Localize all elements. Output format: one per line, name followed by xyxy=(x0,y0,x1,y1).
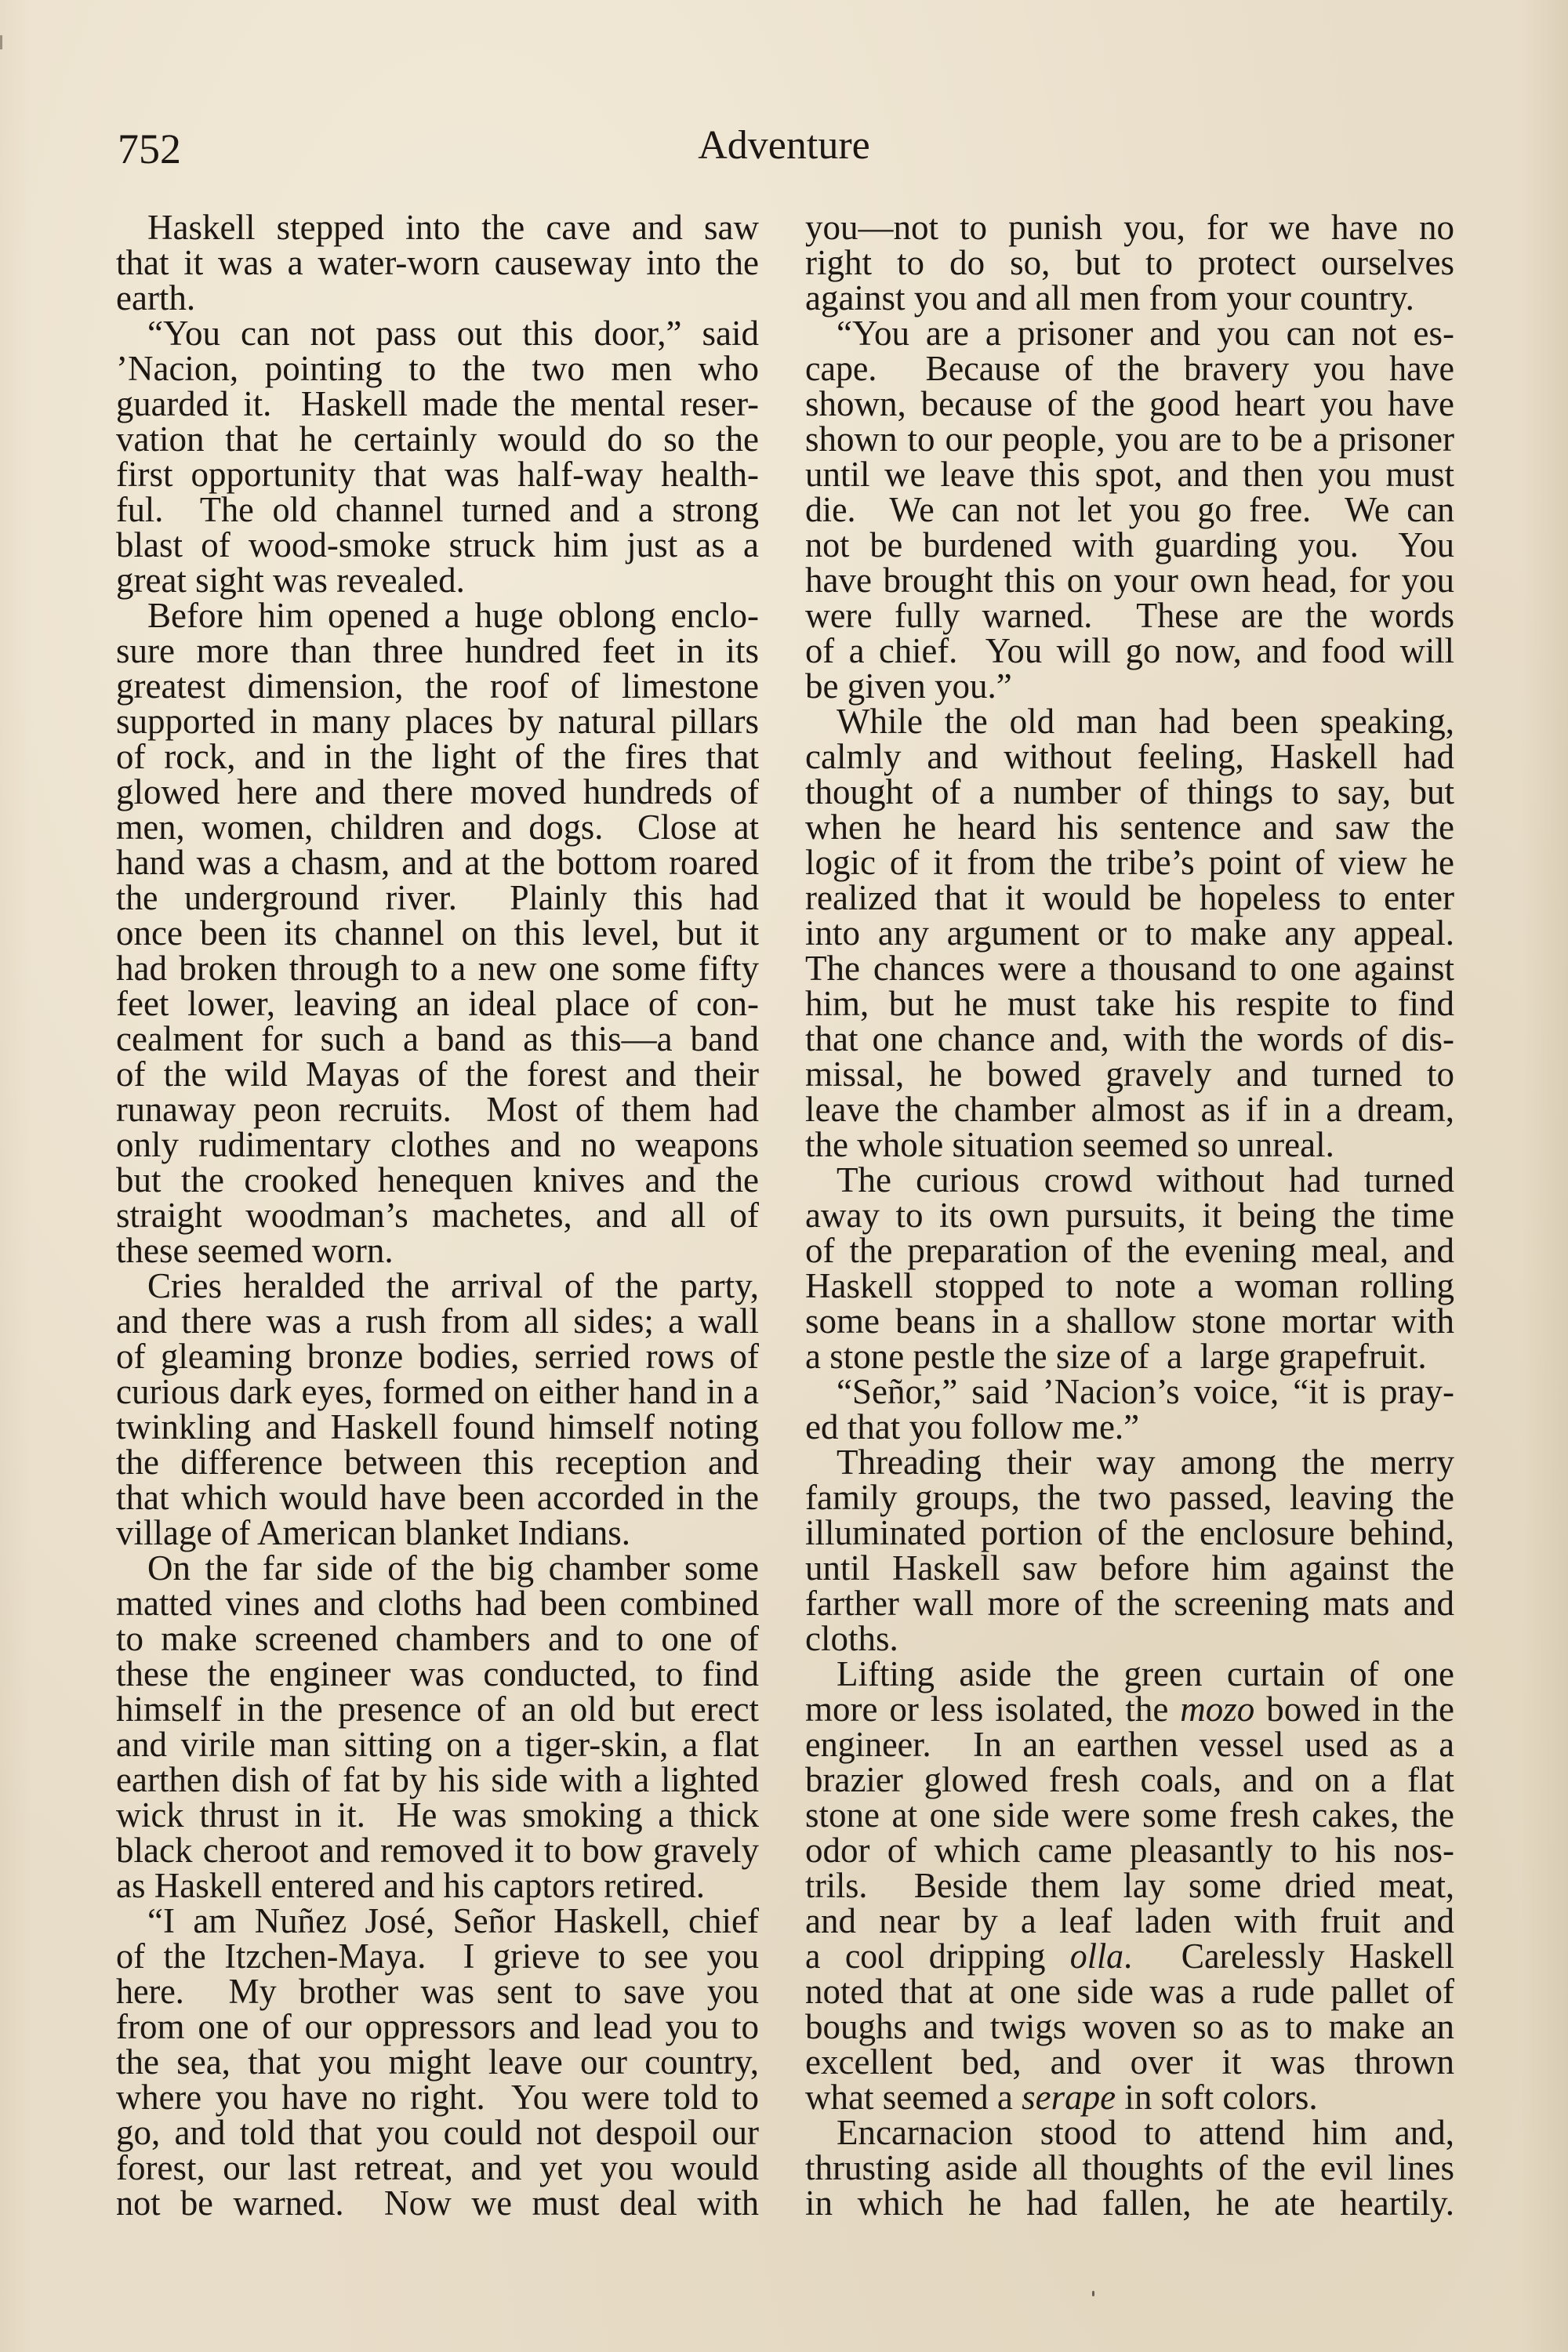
text-run: die. We can not let you go free. We can xyxy=(805,490,1454,529)
text-line: against you and all men from your countr… xyxy=(805,281,1454,316)
text-line-content: and virile man sitting on a tiger-skin, … xyxy=(116,1727,759,1762)
text-line-content: feet lower, leaving an ideal place of co… xyxy=(116,986,759,1022)
text-line: until Haskell saw before him against the xyxy=(805,1551,1454,1586)
text-line-content: were fully warned. These are the words xyxy=(805,598,1454,633)
text-run: and virile man sitting on a tiger-skin, … xyxy=(116,1725,759,1764)
text-run: illuminated portion of the enclosure beh… xyxy=(805,1513,1454,1552)
text-line-content: leave the chamber almost as if in a drea… xyxy=(805,1092,1454,1127)
text-run: to make screened chambers and to one of xyxy=(116,1619,759,1658)
text-line-content: of gleaming bronze bodies, serried rows … xyxy=(116,1339,759,1374)
text-line-content: missal, he bowed gravely and turned to xyxy=(805,1057,1454,1092)
text-run: calmly and without feeling, Haskell had xyxy=(805,737,1454,776)
text-run: here. My brother was sent to save you xyxy=(116,1972,759,2011)
text-line: but the crooked henequen knives and the xyxy=(116,1163,759,1198)
text-line: vation that he certainly would do so the xyxy=(116,422,759,457)
text-line: that which would have been accorded in t… xyxy=(116,1480,759,1515)
text-run: blast of wood-smoke struck him just as a xyxy=(116,525,759,564)
text-line: forest, our last retreat, and yet you wo… xyxy=(116,2151,759,2186)
text-line: feet lower, leaving an ideal place of co… xyxy=(116,986,759,1022)
text-line: shown, because of the good heart you hav… xyxy=(805,387,1454,422)
text-line: to make screened chambers and to one of xyxy=(116,1621,759,1657)
text-run: family groups, the two passed, leaving t… xyxy=(805,1478,1454,1517)
text-line-content: have brought this on your own head, for … xyxy=(805,563,1454,598)
text-run: but the crooked henequen knives and the xyxy=(116,1160,759,1200)
text-line: runaway peon recruits. Most of them had xyxy=(116,1092,759,1127)
text-line-content: twinkling and Haskell found himself noti… xyxy=(116,1410,759,1445)
text-run: curious dark eyes, formed on either hand… xyxy=(116,1372,759,1411)
text-run: these the engineer was conducted, to fin… xyxy=(116,1654,759,1693)
text-line: once been its channel on this level, but… xyxy=(116,916,759,951)
text-line-content: odor of which came pleasantly to his nos… xyxy=(805,1833,1454,1868)
text-line: of the Itzchen-Maya. I grieve to see you xyxy=(116,1939,759,1974)
text-line: curious dark eyes, formed on either hand… xyxy=(116,1374,759,1410)
text-run: While the old man had been speaking, xyxy=(837,702,1454,741)
text-line: away to its own pursuits, it being the t… xyxy=(805,1198,1454,1233)
text-line-content: family groups, the two passed, leaving t… xyxy=(805,1480,1454,1515)
text-run: wick thrust in it. He was smoking a thic… xyxy=(116,1795,759,1835)
text-line: cloths. xyxy=(805,1621,1454,1657)
text-run: have brought this on your own head, for … xyxy=(805,561,1454,600)
text-line: of the preparation of the evening meal, … xyxy=(805,1233,1454,1269)
text-line-content: and near by a leaf laden with fruit and xyxy=(805,1904,1454,1939)
text-line-content: and there was a rush from all sides; a w… xyxy=(116,1304,759,1339)
text-line-content: illuminated portion of the enclosure beh… xyxy=(805,1515,1454,1551)
text-line: farther wall more of the screening mats … xyxy=(805,1586,1454,1621)
text-line-content: farther wall more of the screening mats … xyxy=(805,1586,1454,1621)
text-run: forest, our last retreat, and yet you wo… xyxy=(116,2148,759,2187)
text-run: of rock, and in the light of the fires t… xyxy=(116,737,759,776)
text-run: in soft colors. xyxy=(1116,2078,1317,2117)
text-line: himself in the presence of an old but er… xyxy=(116,1692,759,1727)
text-line-content: While the old man had been speaking, xyxy=(805,704,1454,739)
text-run: of the Itzchen-Maya. I grieve to see you xyxy=(116,1936,759,1976)
text-line-content: excellent bed, and over it was thrown xyxy=(805,2045,1454,2080)
text-run: until Haskell saw before him against the xyxy=(805,1548,1454,1588)
text-line-content: thought of a number of things to say, bu… xyxy=(805,775,1454,810)
text-line-content: supported in many places by natural pill… xyxy=(116,704,759,739)
text-run: the whole situation seemed so unreal. xyxy=(805,1125,1334,1164)
text-run: great sight was revealed. xyxy=(116,561,465,600)
text-line: and virile man sitting on a tiger-skin, … xyxy=(116,1727,759,1762)
text-run: of the preparation of the evening meal, … xyxy=(805,1231,1454,1270)
text-line-content: calmly and without feeling, Haskell had xyxy=(805,739,1454,775)
text-line-content: ’Nacion, pointing to the two men who xyxy=(116,351,759,387)
text-run: not be burdened with guarding you. You xyxy=(805,525,1454,564)
text-line: illuminated portion of the enclosure beh… xyxy=(805,1515,1454,1551)
text-line-content: shown to our people, you are to be a pri… xyxy=(805,422,1454,457)
text-run: vation that he certainly would do so the xyxy=(116,419,759,459)
text-run: right to do so, but to protect ourselves xyxy=(805,243,1454,282)
text-run: engineer. In an earthen vessel used as a xyxy=(805,1725,1454,1764)
text-run: sure more than three hundred feet in its xyxy=(116,631,759,670)
text-run: until we leave this spot, and then you m… xyxy=(805,455,1454,494)
text-run: “You can not pass out this door,” said xyxy=(147,314,759,353)
text-line: missal, he bowed gravely and turned to xyxy=(805,1057,1454,1092)
text-line-content: of rock, and in the light of the fires t… xyxy=(116,739,759,775)
text-line: what seemed a serape in soft colors. xyxy=(805,2080,1454,2115)
text-line-content: a stone pestle the size of a large grape… xyxy=(805,1339,1427,1374)
text-line-content: forest, our last retreat, and yet you wo… xyxy=(116,2151,759,2186)
text-line-content: of the wild Mayas of the forest and thei… xyxy=(116,1057,759,1092)
text-line: were fully warned. These are the words xyxy=(805,598,1454,633)
text-run: Threading their way among the merry xyxy=(837,1443,1454,1482)
text-line-content: the sea, that you might leave our countr… xyxy=(116,2045,759,2080)
text-line-content: cloths. xyxy=(805,1621,898,1657)
text-run: The chances were a thousand to one again… xyxy=(805,949,1454,988)
text-run: men, women, children and dogs. Close at xyxy=(116,808,759,847)
text-line: greatest dimension, the roof of limeston… xyxy=(116,669,759,704)
text-line: of rock, and in the light of the fires t… xyxy=(116,739,759,775)
text-run: earth. xyxy=(116,278,195,318)
text-run: from one of our oppressors and lead you … xyxy=(116,2007,759,2046)
text-line: hand was a chasm, and at the bottom roar… xyxy=(116,845,759,880)
text-line-content: that one chance and, with the words of d… xyxy=(805,1022,1454,1057)
text-line: first opportunity that was half-way heal… xyxy=(116,457,759,492)
text-run: be given you.” xyxy=(805,666,1012,706)
text-run: that one chance and, with the words of d… xyxy=(805,1019,1454,1058)
text-run: you—not to punish you, for we have no xyxy=(805,208,1454,247)
text-line-content: earthen dish of fat by his side with a l… xyxy=(116,1762,759,1798)
text-line-content: curious dark eyes, formed on either hand… xyxy=(116,1374,759,1410)
text-line-content: blast of wood-smoke struck him just as a xyxy=(116,528,759,563)
paper-edge-mark xyxy=(0,35,2,49)
text-line-content: that which would have been accorded in t… xyxy=(116,1480,759,1515)
text-run: him, but he must take his respite to fin… xyxy=(805,984,1454,1023)
italic-word: serape xyxy=(1022,2078,1116,2117)
text-line: twinkling and Haskell found himself noti… xyxy=(116,1410,759,1445)
text-run: supported in many places by natural pill… xyxy=(116,702,759,741)
text-line-content: noted that at one side was a rude pallet… xyxy=(805,1974,1454,2009)
text-line: trils. Beside them lay some dried meat, xyxy=(805,1868,1454,1904)
text-line: noted that at one side was a rude pallet… xyxy=(805,1974,1454,2009)
text-line-content: cealment for such a band as this—a band xyxy=(116,1022,759,1057)
text-line-content: black cheroot and removed it to bow grav… xyxy=(116,1833,759,1868)
text-line-content: hand was a chasm, and at the bottom roar… xyxy=(116,845,759,880)
text-line-content: not be warned. Now we must deal with xyxy=(116,2186,759,2221)
text-line-content: ed that you follow me.” xyxy=(805,1410,1139,1445)
text-line: “Señor,” said ’Nacion’s voice, “it is pr… xyxy=(805,1374,1454,1410)
text-line: calmly and without feeling, Haskell had xyxy=(805,739,1454,775)
text-line-content: himself in the presence of an old but er… xyxy=(116,1692,759,1727)
text-line: ed that you follow me.” xyxy=(805,1410,1454,1445)
text-line-content: straight woodman’s machetes, and all of xyxy=(116,1198,759,1233)
text-line: until we leave this spot, and then you m… xyxy=(805,457,1454,492)
text-line-content: when he heard his sentence and saw the xyxy=(805,810,1454,845)
text-run: cape. Because of the bravery you have xyxy=(805,349,1454,388)
text-line: and near by a leaf laden with fruit and xyxy=(805,1904,1454,1939)
text-line-content: The curious crowd without had turned xyxy=(805,1163,1454,1198)
text-run: trils. Beside them lay some dried meat, xyxy=(805,1866,1454,1905)
text-line-content: vation that he certainly would do so the xyxy=(116,422,759,457)
text-line: you—not to punish you, for we have no xyxy=(805,210,1454,245)
text-line-content: “You can not pass out this door,” said xyxy=(116,316,759,351)
text-run: farther wall more of the screening mats … xyxy=(805,1584,1454,1623)
text-run: cloths. xyxy=(805,1619,898,1658)
text-line: the difference between this reception an… xyxy=(116,1445,759,1480)
text-run: The curious crowd without had turned xyxy=(837,1160,1454,1200)
text-line: of gleaming bronze bodies, serried rows … xyxy=(116,1339,759,1374)
text-run: noted that at one side was a rude pallet… xyxy=(805,1972,1454,2011)
text-run: ed that you follow me.” xyxy=(805,1407,1139,1446)
text-line: of a chief. You will go now, and food wi… xyxy=(805,633,1454,669)
text-line: While the old man had been speaking, xyxy=(805,704,1454,739)
text-run: glowed here and there moved hundreds of xyxy=(116,772,759,811)
text-run: more or less isolated, the xyxy=(805,1690,1180,1729)
text-line-content: to make screened chambers and to one of xyxy=(116,1621,759,1657)
text-line-content: engineer. In an earthen vessel used as a xyxy=(805,1727,1454,1762)
text-run: as Haskell entered and his captors retir… xyxy=(116,1866,705,1905)
text-line-content: Cries heralded the arrival of the party, xyxy=(116,1269,759,1304)
text-line-content: what seemed a serape in soft colors. xyxy=(805,2080,1318,2115)
text-line: Encarnacion stood to attend him and, xyxy=(805,2115,1454,2151)
text-run: On the far side of the big chamber some xyxy=(147,1548,759,1588)
text-line-content: greatest dimension, the roof of limeston… xyxy=(116,669,759,704)
text-line: Haskell stopped to note a woman rolling xyxy=(805,1269,1454,1304)
text-line: men, women, children and dogs. Close at xyxy=(116,810,759,845)
text-line-content: more or less isolated, the mozo bowed in… xyxy=(805,1692,1454,1727)
text-line-content: Haskell stepped into the cave and saw xyxy=(116,210,759,245)
text-line: Cries heralded the arrival of the party, xyxy=(116,1269,759,1304)
text-run: not be warned. Now we must deal with xyxy=(116,2183,759,2223)
text-run: away to its own pursuits, it being the t… xyxy=(805,1196,1454,1235)
text-line: as Haskell entered and his captors retir… xyxy=(116,1868,759,1904)
text-line-content: until we leave this spot, and then you m… xyxy=(805,457,1454,492)
text-line-content: Haskell stopped to note a woman rolling xyxy=(805,1269,1454,1304)
text-run: feet lower, leaving an ideal place of co… xyxy=(116,984,759,1023)
text-line: and there was a rush from all sides; a w… xyxy=(116,1304,759,1339)
text-line-content: Threading their way among the merry xyxy=(805,1445,1454,1480)
text-line: boughs and twigs woven so as to make an xyxy=(805,2009,1454,2045)
text-run: himself in the presence of an old but er… xyxy=(116,1690,759,1729)
text-run: . Carelessly Haskell xyxy=(1123,1936,1454,1976)
text-line: of the wild Mayas of the forest and thei… xyxy=(116,1057,759,1092)
text-line-content: “You are a prisoner and you can not es- xyxy=(805,316,1454,351)
text-run: once been its channel on this level, but… xyxy=(116,913,759,953)
text-line: right to do so, but to protect ourselves xyxy=(805,245,1454,281)
text-run: matted vines and cloths had been combine… xyxy=(116,1584,759,1623)
text-line-content: but the crooked henequen knives and the xyxy=(116,1163,759,1198)
text-run: of a chief. You will go now, and food wi… xyxy=(805,631,1454,670)
text-line: black cheroot and removed it to bow grav… xyxy=(116,1833,759,1868)
text-run: greatest dimension, the roof of limeston… xyxy=(116,666,759,706)
text-line-content: had broken through to a new one some fif… xyxy=(116,951,759,986)
text-run: in which he had fallen, he ate heartily. xyxy=(805,2183,1454,2223)
text-run: a stone pestle the size of a large grape… xyxy=(805,1337,1427,1376)
text-line-content: wick thrust in it. He was smoking a thic… xyxy=(116,1798,759,1833)
text-run: bowed in the xyxy=(1254,1690,1454,1729)
text-run: where you have no right. You were told t… xyxy=(116,2078,759,2117)
text-line-content: that it was a water-worn causeway into t… xyxy=(116,245,759,281)
text-line-content: sure more than three hundred feet in its xyxy=(116,633,759,669)
text-line: be given you.” xyxy=(805,669,1454,704)
text-line: earth. xyxy=(116,281,759,316)
text-line: here. My brother was sent to save you xyxy=(116,1974,759,2009)
text-run: go, and told that you could not despoil … xyxy=(116,2113,759,2152)
text-line-content: these the engineer was conducted, to fin… xyxy=(116,1657,759,1692)
text-line: ’Nacion, pointing to the two men who xyxy=(116,351,759,387)
italic-word: mozo xyxy=(1180,1690,1254,1729)
text-line: “I am Nuñez José, Señor Haskell, chief xyxy=(116,1904,759,1939)
text-line: village of American blanket Indians. xyxy=(116,1515,759,1551)
text-line: had broken through to a new one some fif… xyxy=(116,951,759,986)
text-line: the underground river. Plainly this had xyxy=(116,880,759,916)
text-line: odor of which came pleasantly to his nos… xyxy=(805,1833,1454,1868)
text-line: supported in many places by natural pill… xyxy=(116,704,759,739)
text-line: matted vines and cloths had been combine… xyxy=(116,1586,759,1621)
text-line: thrusting aside all thoughts of the evil… xyxy=(805,2151,1454,2186)
text-line: “You can not pass out this door,” said xyxy=(116,316,759,351)
text-line-content: village of American blanket Indians. xyxy=(116,1515,630,1551)
text-line: into any argument or to make any appeal. xyxy=(805,916,1454,951)
text-run: cealment for such a band as this—a band xyxy=(116,1019,759,1058)
text-line: cealment for such a band as this—a band xyxy=(116,1022,759,1057)
text-line-content: be given you.” xyxy=(805,669,1012,704)
text-line-content: a cool dripping olla. Carelessly Haskell xyxy=(805,1939,1454,1974)
text-line-content: the difference between this reception an… xyxy=(116,1445,759,1480)
text-line: The curious crowd without had turned xyxy=(805,1163,1454,1198)
text-run: only rudimentary clothes and no weapons xyxy=(116,1125,759,1164)
text-run: realized that it would be hopeless to en… xyxy=(805,878,1454,917)
text-line-content: On the far side of the big chamber some xyxy=(116,1551,759,1586)
text-run: village of American blanket Indians. xyxy=(116,1513,630,1552)
text-run: Haskell stepped into the cave and saw xyxy=(147,208,759,247)
text-line: these seemed worn. xyxy=(116,1233,759,1269)
text-run: that it was a water-worn causeway into t… xyxy=(116,243,759,282)
text-run: shown, because of the good heart you hav… xyxy=(805,384,1454,423)
text-line: leave the chamber almost as if in a drea… xyxy=(805,1092,1454,1127)
text-run: Before him opened a huge oblong enclo- xyxy=(147,596,759,635)
text-line-content: of the Itzchen-Maya. I grieve to see you xyxy=(116,1939,759,1974)
text-line-content: as Haskell entered and his captors retir… xyxy=(116,1868,705,1904)
text-line: wick thrust in it. He was smoking a thic… xyxy=(116,1798,759,1833)
text-line: have brought this on your own head, for … xyxy=(805,563,1454,598)
text-run: “I am Nuñez José, Señor Haskell, chief xyxy=(147,1901,759,1940)
text-run: Encarnacion stood to attend him and, xyxy=(837,2113,1454,2152)
text-run: a cool dripping xyxy=(805,1936,1070,1976)
text-run: black cheroot and removed it to bow grav… xyxy=(116,1831,759,1870)
text-line: Threading their way among the merry xyxy=(805,1445,1454,1480)
text-line-content: great sight was revealed. xyxy=(116,563,465,598)
text-line: where you have no right. You were told t… xyxy=(116,2080,759,2115)
text-line-content: only rudimentary clothes and no weapons xyxy=(116,1127,759,1163)
text-line: cape. Because of the bravery you have xyxy=(805,351,1454,387)
text-line: great sight was revealed. xyxy=(116,563,759,598)
text-run: of gleaming bronze bodies, serried rows … xyxy=(116,1337,759,1376)
text-run: when he heard his sentence and saw the xyxy=(805,808,1454,847)
text-line: straight woodman’s machetes, and all of xyxy=(116,1198,759,1233)
text-line: Lifting aside the green curtain of one xyxy=(805,1657,1454,1692)
text-run: some beans in a shallow stone mortar wit… xyxy=(805,1301,1454,1341)
text-line-content: in which he had fallen, he ate heartily. xyxy=(805,2186,1454,2221)
text-line-content: realized that it would be hopeless to en… xyxy=(805,880,1454,916)
text-line-content: not be burdened with guarding you. You xyxy=(805,528,1454,563)
text-line-content: earth. xyxy=(116,281,195,316)
text-run: excellent bed, and over it was thrown xyxy=(805,2042,1454,2082)
text-run: the difference between this reception an… xyxy=(116,1443,759,1482)
text-line: some beans in a shallow stone mortar wit… xyxy=(805,1304,1454,1339)
text-run: these seemed worn. xyxy=(116,1231,394,1270)
text-line-content: boughs and twigs woven so as to make an xyxy=(805,2009,1454,2045)
text-line: logic of it from the tribe’s point of vi… xyxy=(805,845,1454,880)
text-line: die. We can not let you go free. We can xyxy=(805,492,1454,528)
text-run: and there was a rush from all sides; a w… xyxy=(116,1301,759,1341)
text-line: the whole situation seemed so unreal. xyxy=(805,1127,1454,1163)
text-line: The chances were a thousand to one again… xyxy=(805,951,1454,986)
text-run: missal, he bowed gravely and turned to xyxy=(805,1054,1454,1094)
text-line-content: him, but he must take his respite to fin… xyxy=(805,986,1454,1022)
text-run: logic of it from the tribe’s point of vi… xyxy=(805,843,1454,882)
text-line-content: brazier glowed fresh coals, and on a fla… xyxy=(805,1762,1454,1798)
text-run: leave the chamber almost as if in a drea… xyxy=(805,1090,1454,1129)
text-line: stone at one side were some fresh cakes,… xyxy=(805,1798,1454,1833)
text-line-content: here. My brother was sent to save you xyxy=(116,1974,759,2009)
text-line: guarded it. Haskell made the mental rese… xyxy=(116,387,759,422)
text-line: engineer. In an earthen vessel used as a xyxy=(805,1727,1454,1762)
text-line-content: right to do so, but to protect ourselves xyxy=(805,245,1454,281)
text-run: that which would have been accorded in t… xyxy=(116,1478,759,1517)
text-run: hand was a chasm, and at the bottom roar… xyxy=(116,843,759,882)
text-line: earthen dish of fat by his side with a l… xyxy=(116,1762,759,1798)
text-line: go, and told that you could not despoil … xyxy=(116,2115,759,2151)
text-run: thrusting aside all thoughts of the evil… xyxy=(805,2148,1454,2187)
text-line-content: glowed here and there moved hundreds of xyxy=(116,775,759,810)
text-line-content: go, and told that you could not despoil … xyxy=(116,2115,759,2151)
text-line-content: Lifting aside the green curtain of one xyxy=(805,1657,1454,1692)
text-line: him, but he must take his respite to fin… xyxy=(805,986,1454,1022)
text-line-content: away to its own pursuits, it being the t… xyxy=(805,1198,1454,1233)
text-line: Haskell stepped into the cave and saw xyxy=(116,210,759,245)
text-run: shown to our people, you are to be a pri… xyxy=(805,419,1454,459)
text-run: into any argument or to make any appeal. xyxy=(805,913,1454,953)
text-line-content: “I am Nuñez José, Señor Haskell, chief xyxy=(116,1904,759,1939)
text-run: and near by a leaf laden with fruit and xyxy=(805,1901,1454,1940)
text-run: Lifting aside the green curtain of one xyxy=(837,1654,1454,1693)
text-run: brazier glowed fresh coals, and on a fla… xyxy=(805,1760,1454,1799)
running-title: Adventure xyxy=(0,122,1568,169)
text-line-content: against you and all men from your countr… xyxy=(805,281,1414,316)
text-run: runaway peon recruits. Most of them had xyxy=(116,1090,759,1129)
text-line-content: the whole situation seemed so unreal. xyxy=(805,1127,1334,1163)
text-run: the sea, that you might leave our countr… xyxy=(116,2042,759,2082)
text-run: thought of a number of things to say, bu… xyxy=(805,772,1454,811)
text-run: guarded it. Haskell made the mental rese… xyxy=(116,384,759,423)
text-line: not be burdened with guarding you. You xyxy=(805,528,1454,563)
text-line-content: matted vines and cloths had been combine… xyxy=(116,1586,759,1621)
text-line-content: cape. Because of the bravery you have xyxy=(805,351,1454,387)
text-line-content: stone at one side were some fresh cakes,… xyxy=(805,1798,1454,1833)
text-line: that one chance and, with the words of d… xyxy=(805,1022,1454,1057)
text-run: ’Nacion, pointing to the two men who xyxy=(116,349,759,388)
text-line-content: where you have no right. You were told t… xyxy=(116,2080,759,2115)
text-line-content: the underground river. Plainly this had xyxy=(116,880,759,916)
text-run: Cries heralded the arrival of the party, xyxy=(147,1266,759,1305)
text-line: not be warned. Now we must deal with xyxy=(116,2186,759,2221)
text-line: a cool dripping olla. Carelessly Haskell xyxy=(805,1939,1454,1974)
text-line: shown to our people, you are to be a pri… xyxy=(805,422,1454,457)
text-line-content: men, women, children and dogs. Close at xyxy=(116,810,759,845)
text-line: when he heard his sentence and saw the xyxy=(805,810,1454,845)
text-run: of the wild Mayas of the forest and thei… xyxy=(116,1054,759,1094)
text-line: On the far side of the big chamber some xyxy=(116,1551,759,1586)
text-line-content: Before him opened a huge oblong enclo- xyxy=(116,598,759,633)
text-run: stone at one side were some fresh cakes,… xyxy=(805,1795,1454,1835)
text-line-content: “Señor,” said ’Nacion’s voice, “it is pr… xyxy=(805,1374,1454,1410)
text-line: these the engineer was conducted, to fin… xyxy=(116,1657,759,1692)
text-line: thought of a number of things to say, bu… xyxy=(805,775,1454,810)
text-line-content: runaway peon recruits. Most of them had xyxy=(116,1092,759,1127)
text-line: glowed here and there moved hundreds of xyxy=(116,775,759,810)
text-run: “You are a prisoner and you can not es- xyxy=(837,314,1454,353)
